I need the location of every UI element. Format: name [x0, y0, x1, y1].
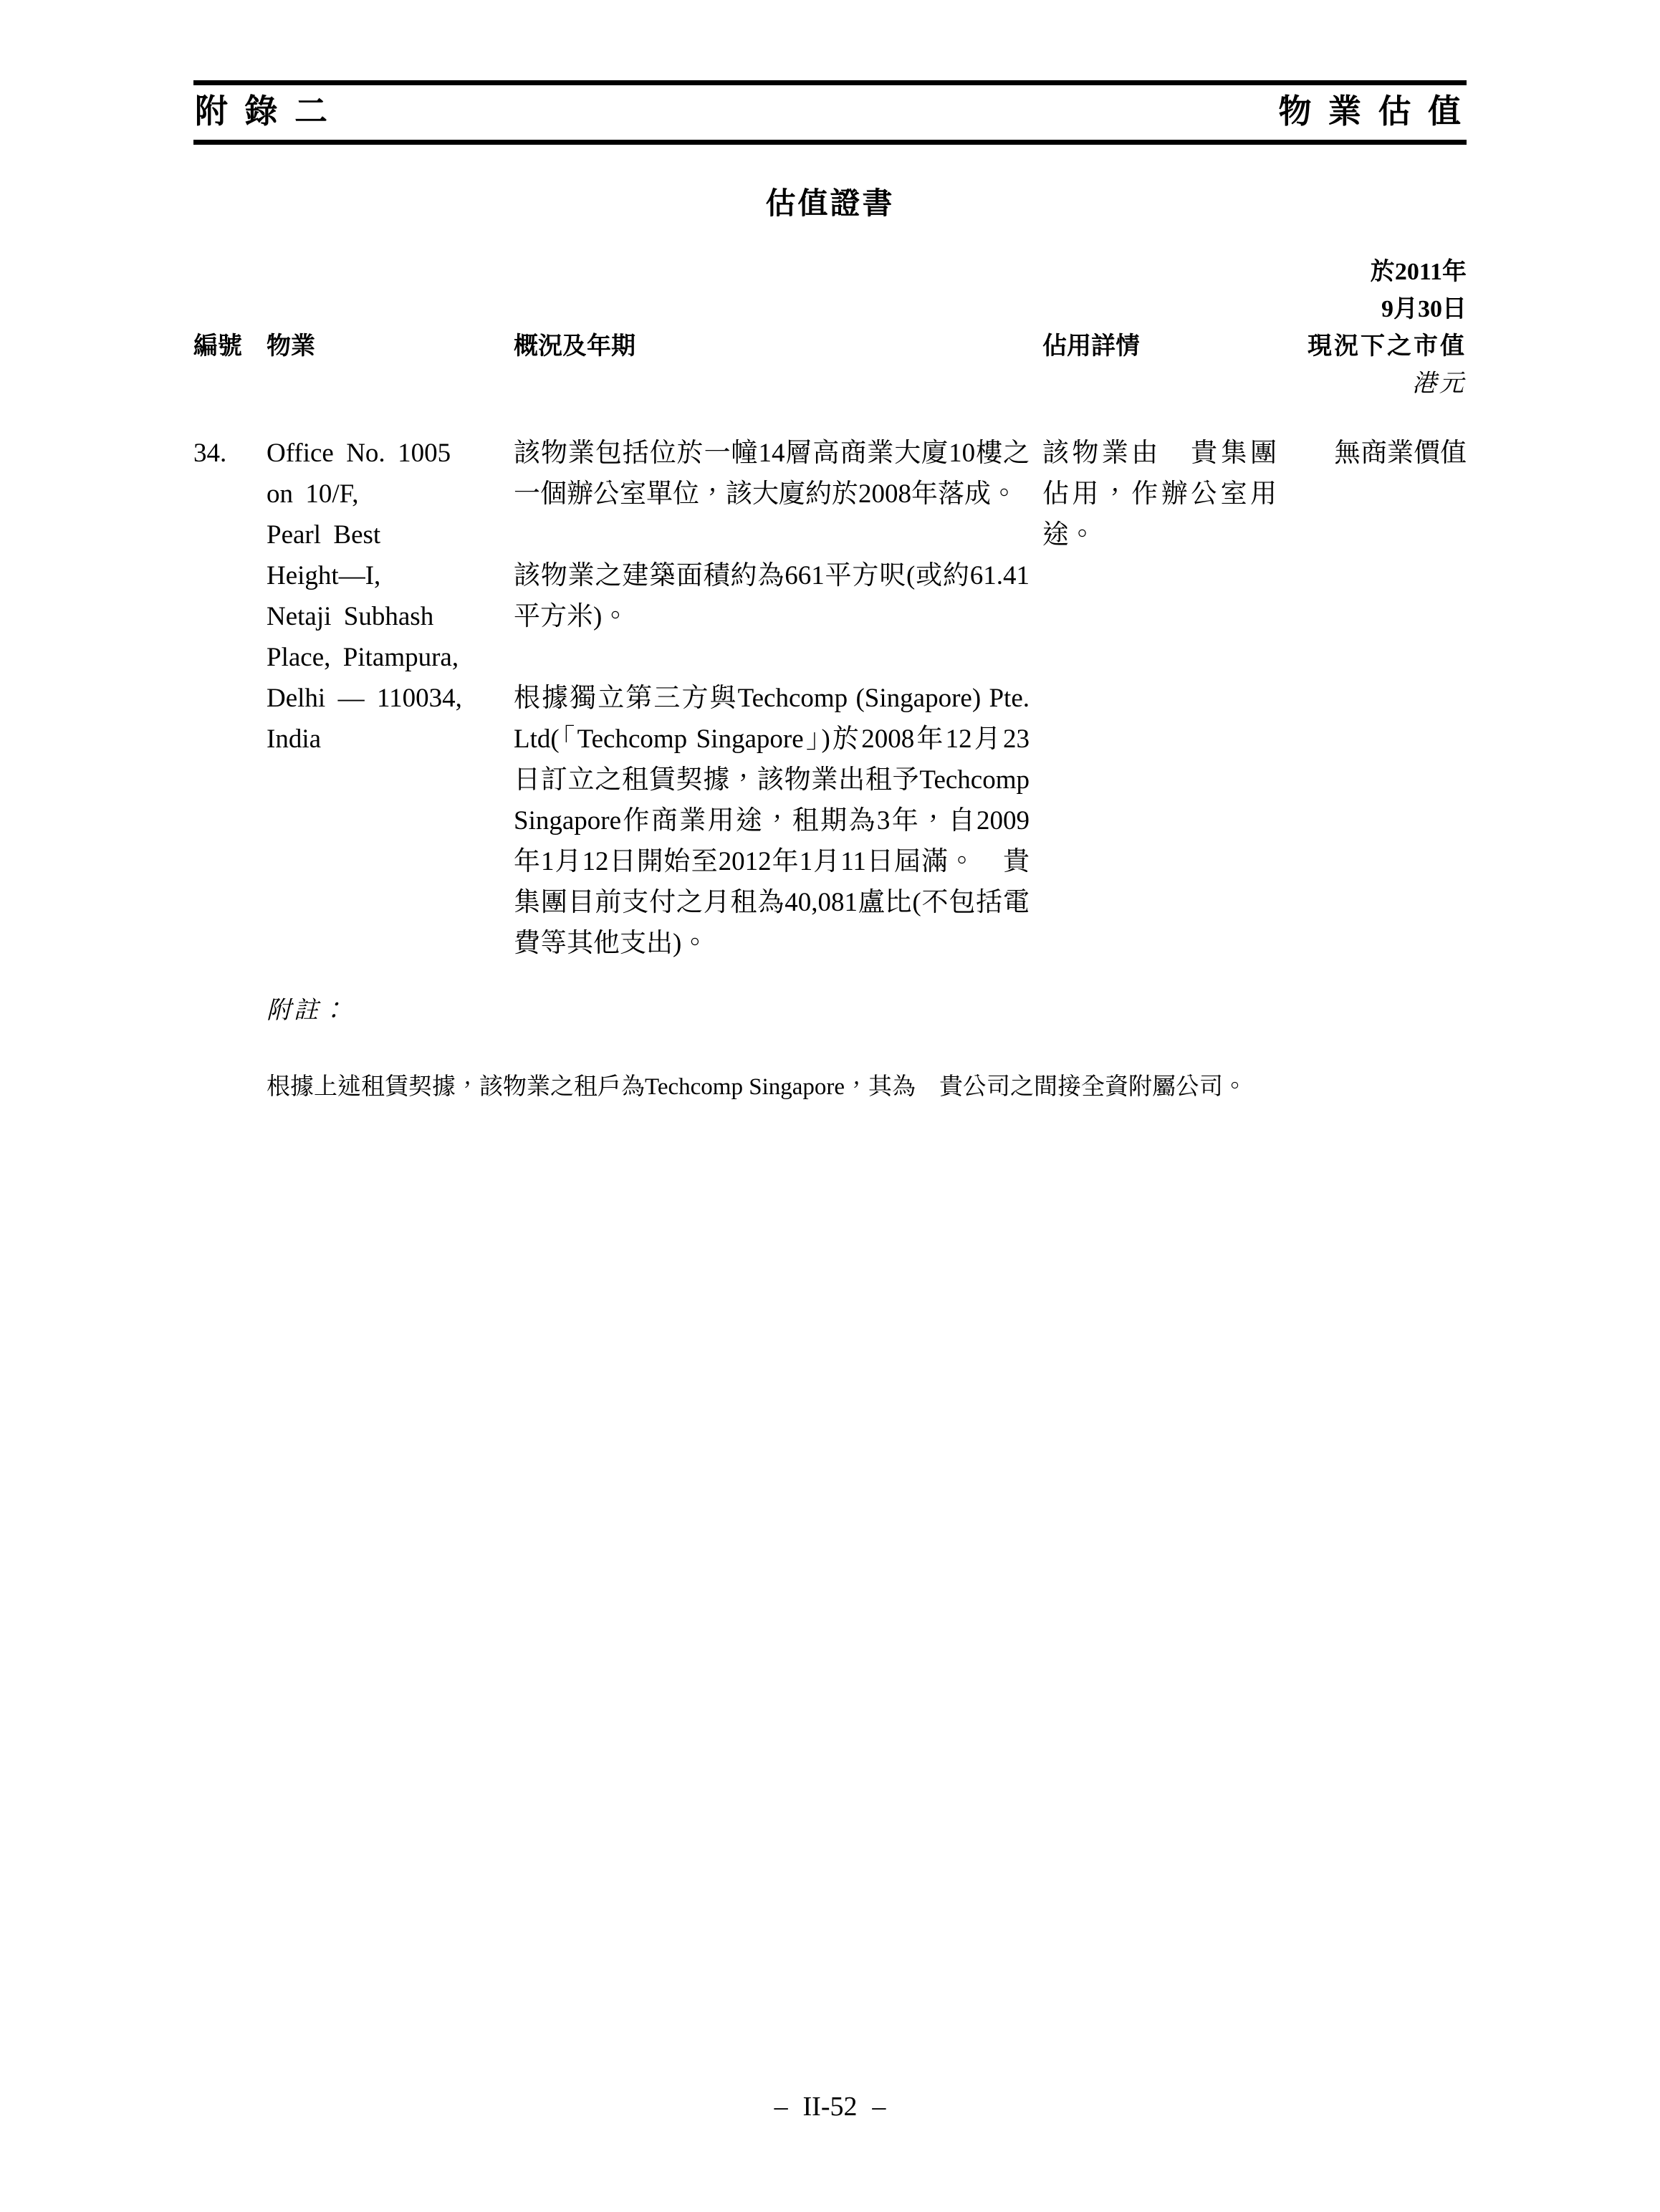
valuation-date-line1: 於2011年: [193, 254, 1467, 291]
currency-label: 港元: [193, 365, 1467, 403]
property-address: Office No. 1005 on 10/F, Pearl Best Heig…: [267, 433, 514, 964]
column-header-occupancy: 佔用詳情: [1042, 328, 1277, 365]
address-line: on 10/F,: [267, 474, 514, 514]
market-value-cell: 無商業價值: [1277, 433, 1467, 964]
description-para: 該物業包括位於一幢14層高商業大廈10樓之一個辦公室單位，該大廈約於2008年落…: [514, 433, 1030, 514]
valuation-certificate-page: 附 錄 二 物 業 估 值 估值證書 於2011年 9月30日 編號 物業 概況…: [0, 0, 1660, 2212]
property-row: 34. Office No. 1005 on 10/F, Pearl Best …: [193, 433, 1467, 964]
table-header-block: 於2011年 9月30日 編號 物業 概況及年期 佔用詳情 現況下之市值 港元: [193, 254, 1467, 403]
row-number: 34.: [193, 433, 267, 964]
column-header-property: 物業: [267, 328, 514, 365]
description-cell: 該物業包括位於一幢14層高商業大廈10樓之一個辦公室單位，該大廈約於2008年落…: [514, 433, 1042, 964]
page-number: – II-52 –: [0, 2091, 1660, 2122]
valuation-date-line2: 9月30日: [193, 291, 1467, 328]
column-header-no: 編號: [193, 328, 267, 365]
occupancy-cell: 該物業由 貴集團佔用，作辦公室用途。: [1042, 433, 1277, 964]
description-para: 該物業之建築面積約為661平方呎(或約61.41平方米)。: [514, 555, 1030, 637]
appendix-label: 附 錄 二: [195, 95, 332, 129]
description-para: 根據獨立第三方與Techcomp (Singapore) Pte. Ltd(「T…: [514, 678, 1030, 964]
address-line: Pearl Best: [267, 514, 514, 555]
header-rule-bottom: [193, 140, 1467, 145]
page-header-banner: 附 錄 二 物 業 估 值: [193, 85, 1467, 140]
document-title: 估值證書: [193, 188, 1467, 221]
address-line: Place, Pitampura,: [267, 637, 514, 678]
address-line: Height—I,: [267, 555, 514, 596]
header-rule-top: [193, 80, 1467, 85]
section-label: 物 業 估 值: [1279, 95, 1466, 129]
page-content: 附 錄 二 物 業 估 值 估值證書 於2011年 9月30日 編號 物業 概況…: [193, 0, 1467, 1103]
note-text: 根據上述租賃契據，該物業之租戶為Techcomp Singapore，其為 貴公…: [267, 1071, 1467, 1103]
column-header-description: 概況及年期: [514, 328, 1042, 365]
address-line: Netaji Subhash: [267, 596, 514, 637]
column-header-value: 現況下之市值: [1277, 328, 1467, 365]
column-header-row: 編號 物業 概況及年期 佔用詳情 現況下之市值: [193, 328, 1467, 365]
address-line: Delhi — 110034,: [267, 678, 514, 719]
notes-label: 附註：: [267, 997, 1467, 1025]
address-line: India: [267, 719, 514, 760]
address-line: Office No. 1005: [267, 433, 514, 474]
